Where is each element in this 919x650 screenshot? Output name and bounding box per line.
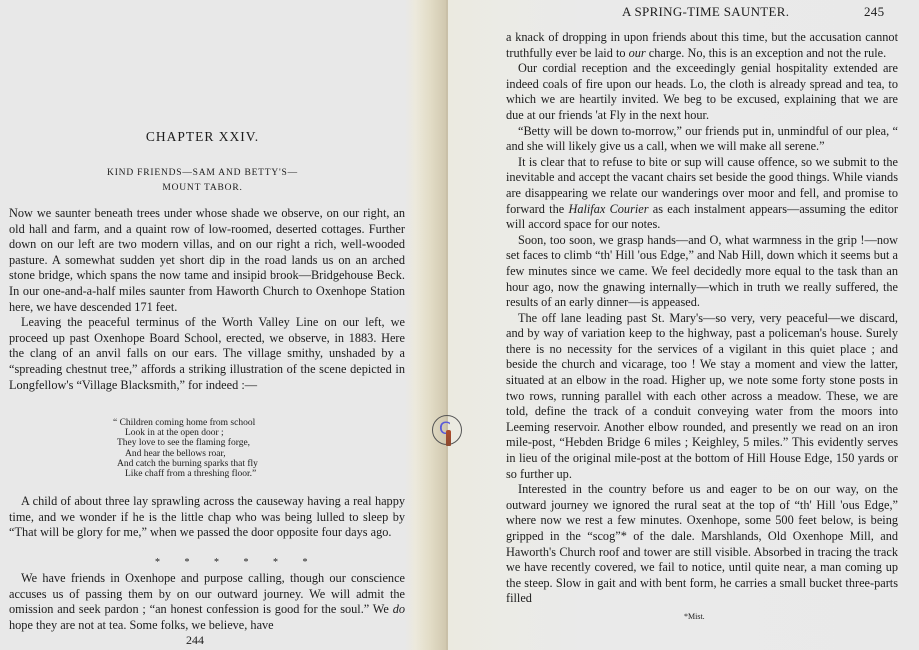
paragraph: Leaving the peaceful terminus of the Wor… xyxy=(9,315,405,393)
paragraph: Now we saunter beneath trees under whose… xyxy=(9,206,405,315)
poem-line: “ Children coming home from school xyxy=(113,418,333,428)
chapter-title: CHAPTER XXIV. xyxy=(0,129,405,145)
chapter-subtitle-line-1: KIND FRIENDS—SAM AND BETTY'S— xyxy=(0,166,405,181)
paragraph: We have friends in Oxenhope and purpose … xyxy=(9,571,405,633)
paragraph: The off lane leading past St. Mary's—so … xyxy=(506,311,898,483)
poem-line: They love to see the flaming forge, xyxy=(113,438,333,448)
poem-line: And catch the burning sparks that fly xyxy=(113,459,333,469)
left-body-text-3: We have friends in Oxenhope and purpose … xyxy=(9,571,405,633)
footnote: *Mist. xyxy=(684,612,705,621)
paragraph: “Betty will be down to-morrow,” our frie… xyxy=(506,124,898,155)
page-number-right: 245 xyxy=(864,4,884,20)
left-body-text: Now we saunter beneath trees under whose… xyxy=(9,206,405,393)
paragraph: a knack of dropping in upon friends abou… xyxy=(506,30,898,61)
book-spread: CHAPTER XXIV. KIND FRIENDS—SAM AND BETTY… xyxy=(0,0,919,650)
poem-line: Look in at the open door ; xyxy=(113,428,333,438)
right-page: A SPRING-TIME SAUNTER. 245 a knack of dr… xyxy=(448,0,919,650)
cursor-figure-icon[interactable]: C xyxy=(432,415,462,445)
book-gutter xyxy=(405,0,447,650)
figure-icon xyxy=(446,430,451,446)
paragraph: Soon, too soon, we grasp hands—and O, wh… xyxy=(506,233,898,311)
section-break: * * * * * * xyxy=(155,557,319,568)
chapter-subtitle-line-2: MOUNT TABOR. xyxy=(0,181,405,196)
page-number-left: 244 xyxy=(186,633,204,648)
right-body-text: a knack of dropping in upon friends abou… xyxy=(506,30,898,607)
poem-line: Like chaff from a threshing floor.” xyxy=(113,469,333,479)
poem-quote: “ Children coming home from school Look … xyxy=(113,418,333,479)
paragraph: It is clear that to refuse to bite or su… xyxy=(506,155,898,233)
running-head-title: A SPRING-TIME SAUNTER. xyxy=(622,4,789,20)
paragraph: Interested in the country before us and … xyxy=(506,482,898,607)
paragraph: A child of about three lay sprawling acr… xyxy=(9,494,405,541)
running-head: A SPRING-TIME SAUNTER. 245 xyxy=(448,4,919,20)
left-body-text-2: A child of about three lay sprawling acr… xyxy=(9,494,405,541)
chapter-subtitle: KIND FRIENDS—SAM AND BETTY'S— MOUNT TABO… xyxy=(0,166,405,196)
left-page: CHAPTER XXIV. KIND FRIENDS—SAM AND BETTY… xyxy=(0,0,412,650)
paragraph: Our cordial reception and the exceedingl… xyxy=(506,61,898,123)
poem-line: And hear the bellows roar, xyxy=(113,449,333,459)
